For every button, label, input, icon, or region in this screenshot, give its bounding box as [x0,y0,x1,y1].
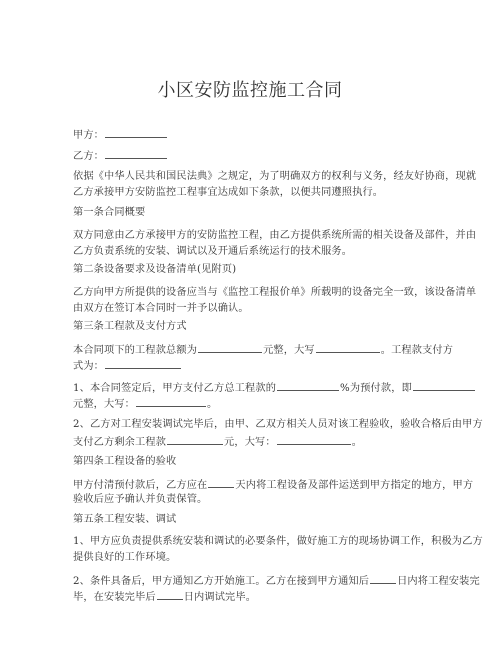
balance-label: 支付乙方剩余工程款 [73,437,166,448]
party-b-label: 乙方： [73,151,104,162]
prepay-percent-blank [277,379,339,391]
party-a-line: 甲方： [73,126,433,144]
section-5-item-1-line-2: 提供良好的工作环境。 [73,550,433,566]
section-3-heading: 第三条工程款及支付方式 [73,319,433,335]
prepay-label: 1、本合同签定后，甲方支付乙方总工程款的 [73,383,276,394]
payment-method-label: 。工程款支付方 [381,345,453,356]
section-1-line-1: 双方同意由乙方承接甲方的安防监控工程，由乙方提供系统所需的相关设备及部件，并由 [73,228,433,244]
balance-capital-label: 元，大写： [224,437,276,448]
prepay-amount-blank [413,379,475,391]
section-2-heading: 第二条设备要求及设备清单(见附页) [73,262,433,278]
section-5-item-1-line-1: 1、甲方应负责提供系统安装和调试的必要条件，做好施工方的现场协调工作，积极为乙方 [73,534,433,550]
party-b-line: 乙方： [73,147,433,165]
period: 。 [352,437,362,448]
delivery-days-blank [208,476,234,488]
section-3-balance-line-2: 支付乙方剩余工程款元，大写：。 [73,433,433,451]
install-days-blank [370,572,396,584]
section-2-line-2: 由双方在签订本合同时一并予以确认。 [73,301,433,317]
section-1-heading: 第一条合同概要 [73,205,433,221]
party-a-label: 甲方： [73,130,104,141]
balance-capital-blank [277,433,351,445]
section-5-item-2-line-2: 毕，在安装完毕后日内调试完毕。 [73,588,433,606]
section-3-balance-line-1: 2、乙方对工程安装调试完毕后，由甲、乙双方相关人员对该工程验收，验收合格后由甲方 [73,417,433,433]
balance-amount-blank [167,433,223,445]
install-text: 日内将工程安装完 [397,576,480,587]
intro-line-1: 依据《中华人民共和国民法典》之规定，为了明确双方的权利与义务，经友好协商，现就 [73,169,433,185]
party-a-blank [105,126,167,138]
debug-text: 日内调试完毕。 [184,592,256,603]
total-amount-label: 本合同项下的工程款总额为 [73,345,197,356]
section-3-prepay-line-2: 元整，大写：。 [73,395,433,413]
payment-method-label-end: 式为： [73,361,104,372]
total-amount-blank [198,341,262,353]
intro-line-2: 乙方承接甲方安防监控工程事宜达成如下条款，以便共同遵照执行。 [73,185,433,201]
section-4-heading: 第四条工程设备的验收 [73,454,433,470]
debug-label: 毕，在安装完毕后 [73,592,156,603]
party-b-blank [105,147,167,159]
delivery-label: 甲方付清预付款后，乙方应在 [73,480,207,491]
document-title: 小区安防监控施工合同 [0,76,500,102]
section-1-line-2: 乙方负责系统的安装、调试以及开通后系统运行的技术服务。 [73,244,433,260]
payment-method-blank [105,357,181,369]
delivery-text: 天内将工程设备及部件运送到甲方指定的地方，甲方 [235,480,473,491]
section-2-line-1: 乙方向甲方所提供的设备应当与《监控工程报价单》所载明的设备完全一致，该设备清单 [73,285,433,301]
section-4-line-2: 验收后应予确认并负责保管。 [73,492,433,508]
total-amount-capital-label: 元整，大写 [263,345,315,356]
install-label: 2、条件具备后，甲方通知乙方开始施工。乙方在接到甲方通知后 [73,576,369,587]
document-page: 小区安防监控施工合同 甲方： 乙方： 依据《中华人民共和国民法典》之规定，为了明… [0,0,500,647]
prepay-percent-label: %为预付款，即 [340,383,412,394]
debug-days-blank [157,588,183,600]
prepay-capital-blank [136,395,206,407]
section-3-total-line-2: 式为： [73,357,433,375]
period: 。 [207,399,217,410]
prepay-capital-label: 元整，大写： [73,399,135,410]
section-5-heading: 第五条工程安装、调试 [73,512,433,528]
total-amount-capital-blank [316,341,380,353]
